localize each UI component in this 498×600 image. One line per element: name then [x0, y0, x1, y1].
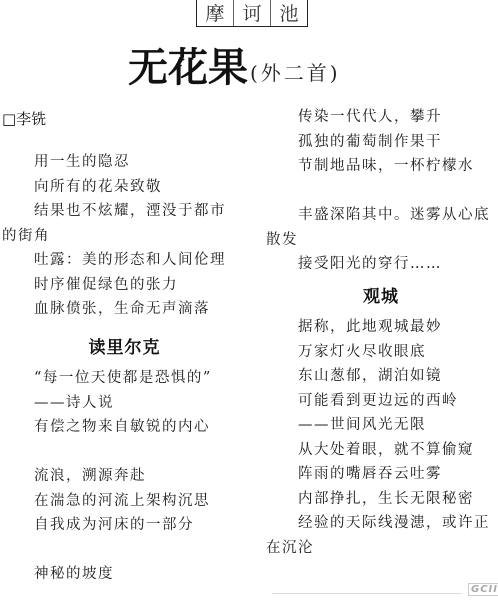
poem-line: 节制地品味，一杯柠檬水 — [266, 154, 496, 179]
poem-title: 观城 — [266, 285, 496, 310]
poem-line: 吐露：美的形态和人间伦理 — [2, 248, 247, 273]
left-column: 用一生的隐忍 向所有的花朵致敬 结果也不炫耀，湮没于都市 的街角 吐露：美的形态… — [2, 150, 247, 587]
poem-line: 经验的天际线漫漶，或许正 — [266, 511, 496, 536]
poem-line: “每一位天使都是恐惧的” — [2, 366, 247, 391]
poem-line: 可能看到更边远的西岭 — [266, 389, 496, 414]
poem-line: 向所有的花朵致敬 — [2, 175, 247, 200]
column-tag-char: 摩 — [197, 0, 233, 26]
title-sub: (外二首) — [250, 57, 341, 92]
poem-line: 内部挣扎，生长无限秘密 — [266, 487, 496, 512]
poem-line: 万家灯火尽收眼底 — [266, 340, 496, 365]
stanza-break — [2, 440, 247, 465]
column-tag-char: 池 — [270, 0, 307, 26]
stanza-break — [2, 538, 247, 563]
poem-line: 东山葱郁，湖泊如镜 — [266, 364, 496, 389]
poem-line: 在湍急的河流上架构沉思 — [2, 489, 247, 514]
poem-line: 血脉偾张，生命无声滴落 — [2, 297, 247, 322]
poem-line: 用一生的隐忍 — [2, 150, 247, 175]
poem-line: 丰盛深陷其中。迷雾从心底 — [266, 203, 496, 228]
poem-line: ——世间风光无限 — [266, 413, 496, 438]
poem-line: ——诗人说 — [2, 391, 247, 416]
poem-line: 神秘的坡度 — [2, 562, 247, 587]
column-tag-char: 诃 — [233, 0, 270, 26]
poem-line: 从大处着眼，就不算偷窥 — [266, 438, 496, 463]
poem-title: 读里尔克 — [2, 336, 247, 361]
poem-line: 接受阳光的穿行…… — [266, 252, 496, 277]
stanza-break — [266, 179, 496, 204]
poem-line: 阵雨的嘴唇吞云吐雾 — [266, 462, 496, 487]
poem-line: 自我成为河床的一部分 — [2, 513, 247, 538]
poem-line: 的街角 — [2, 224, 247, 249]
poem-line: 据称，此地观城最妙 — [266, 315, 496, 340]
poem-line: 散发 — [266, 228, 496, 253]
right-column: 传染一代代人，攀升 孤独的葡萄制作果干 节制地品味，一杯柠檬水 丰盛深陷其中。迷… — [266, 105, 496, 560]
title-main: 无花果 — [128, 44, 248, 92]
poem-line: 孤独的葡萄制作果干 — [266, 130, 496, 155]
publisher-logo-icon: GCII — [468, 583, 498, 596]
footer-divider — [272, 593, 462, 594]
poem-line: 在沉沦 — [266, 536, 496, 561]
poem-line: 有偿之物来自敏锐的内心 — [2, 415, 247, 440]
poem-line: 流浪，溯源奔赴 — [2, 464, 247, 489]
author-byline: □李铣 — [2, 108, 46, 129]
poem-line: 传染一代代人，攀升 — [266, 105, 496, 130]
poem-line: 时序催促绿色的张力 — [2, 273, 247, 298]
poem-line: 结果也不炫耀，湮没于都市 — [2, 199, 247, 224]
column-tag: 摩 诃 池 — [196, 0, 308, 27]
page-title: 无花果 (外二首) — [128, 44, 341, 92]
